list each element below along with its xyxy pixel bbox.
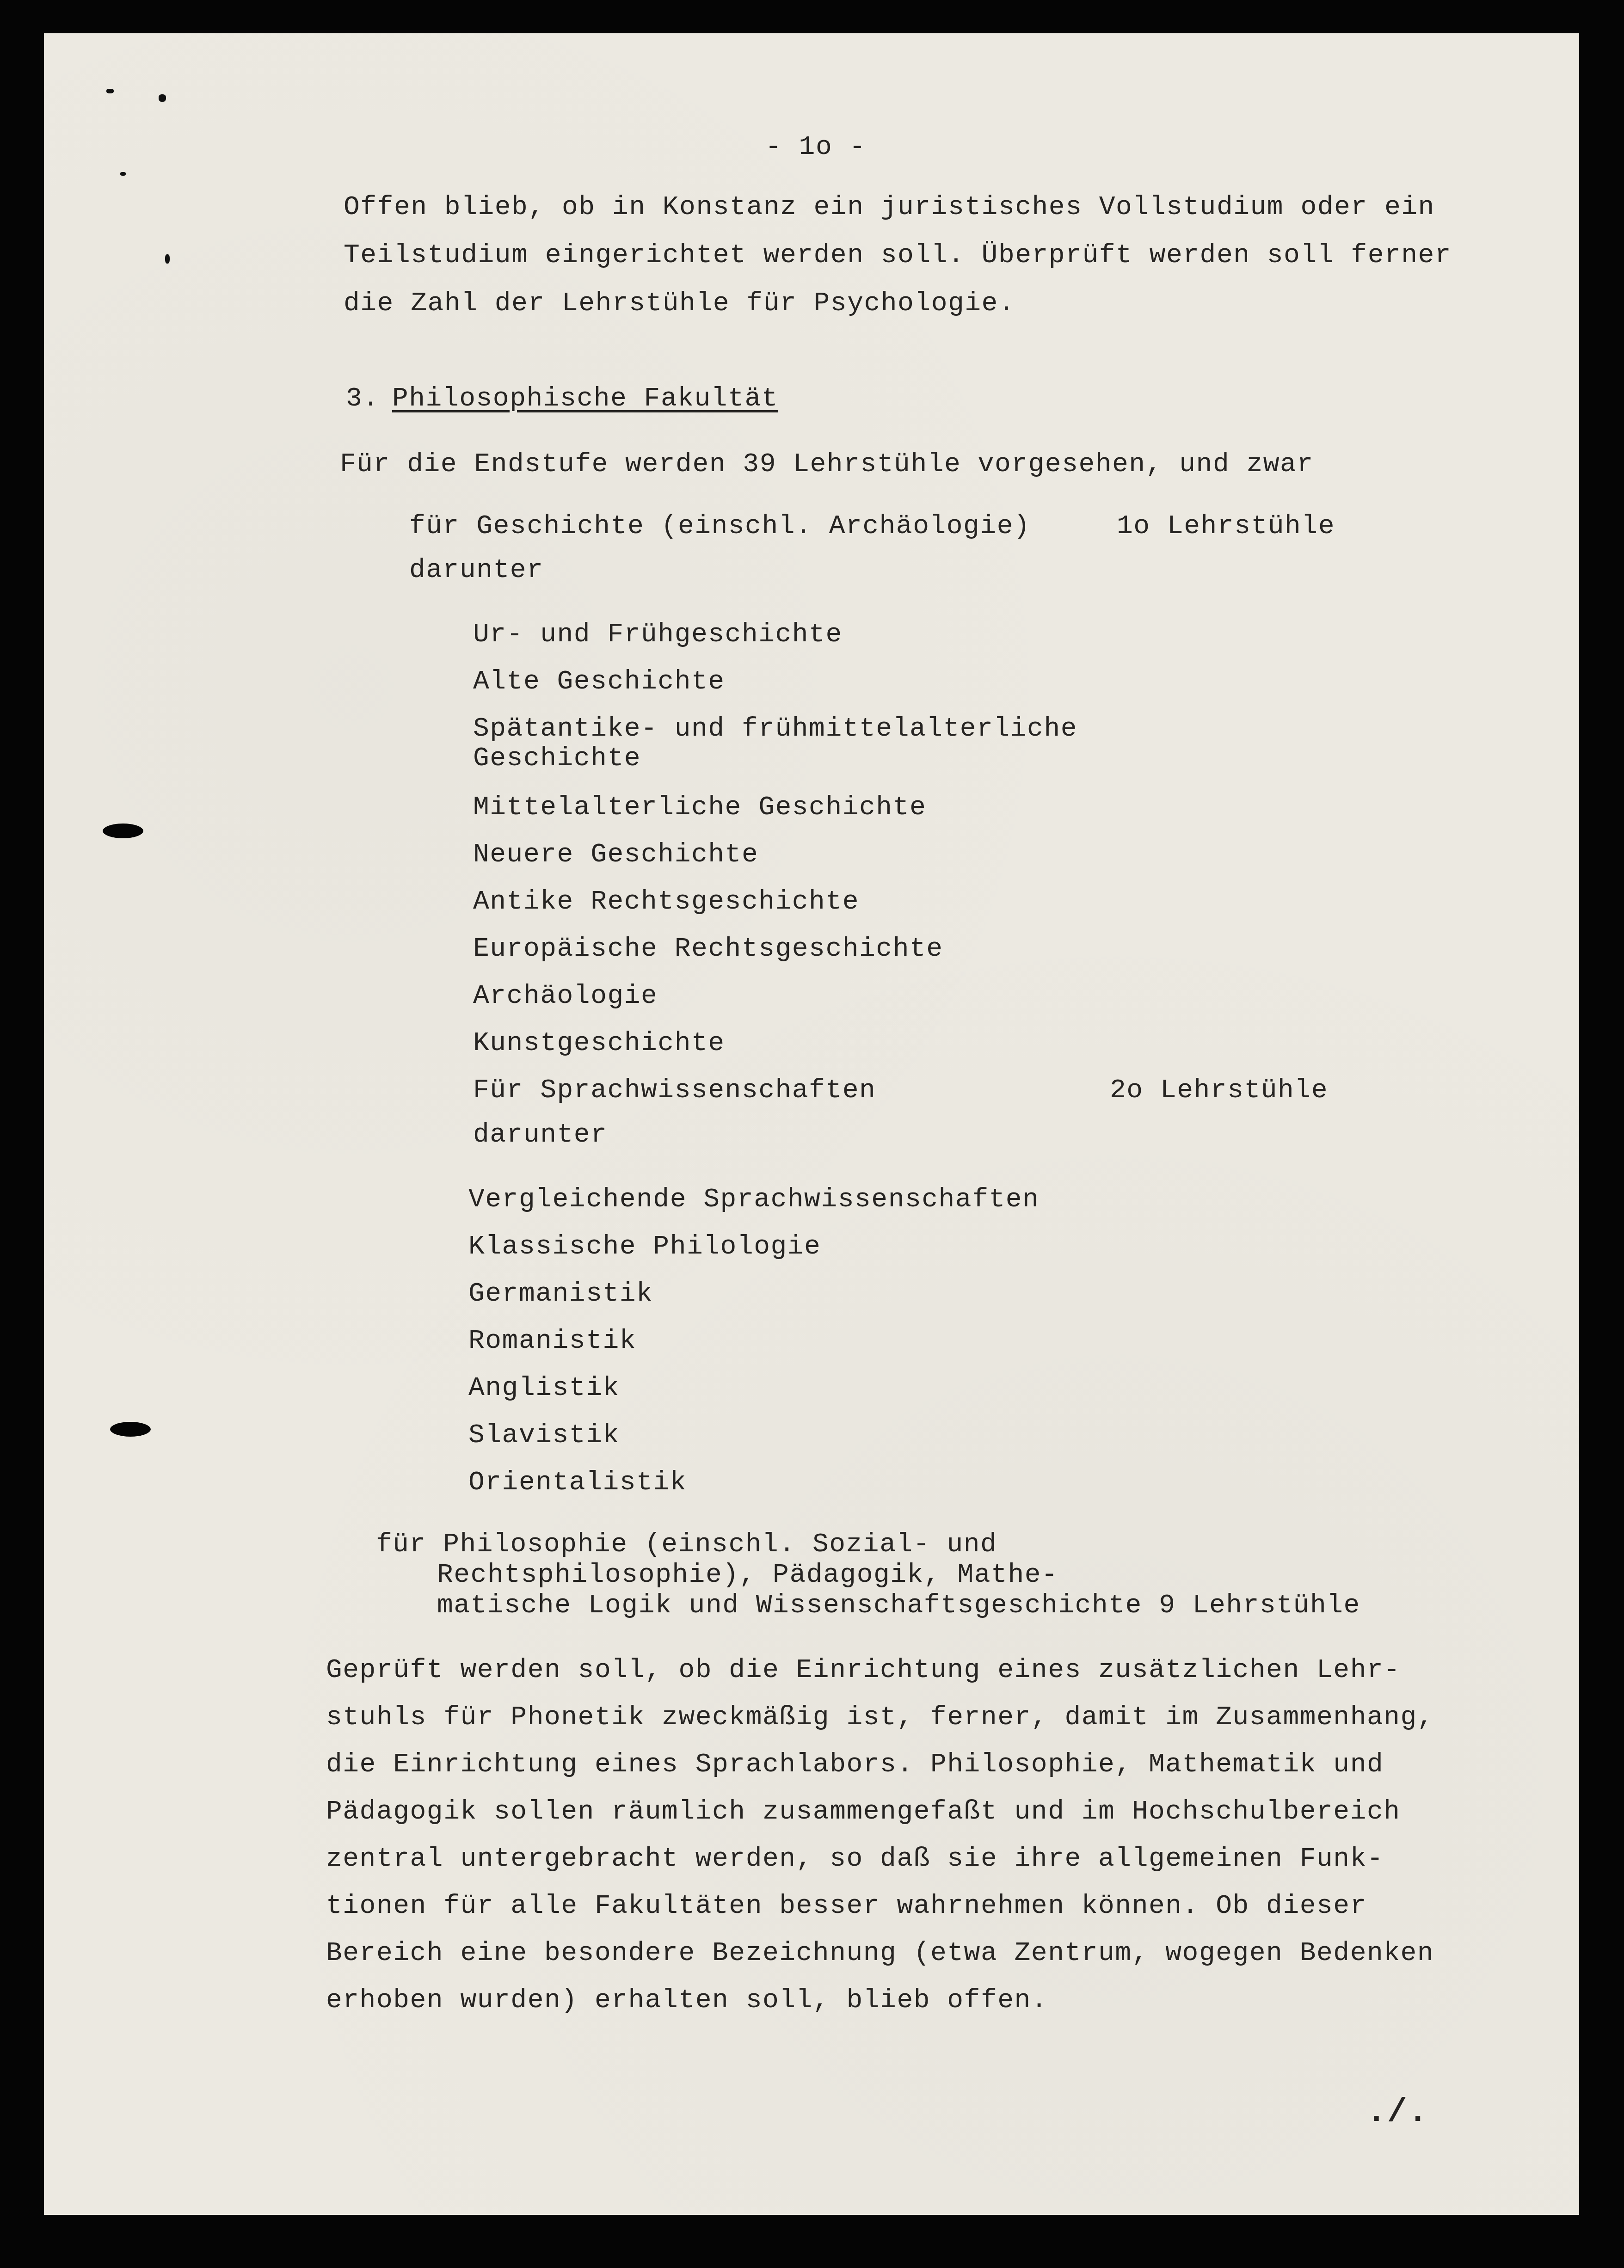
list-item: Alte Geschichte <box>473 669 725 695</box>
continuation-mark: ./. <box>1366 2096 1428 2129</box>
group-sublabel: darunter <box>473 1122 607 1149</box>
list-item: Romanistik <box>468 1328 636 1355</box>
list-item: Archäologie <box>473 983 658 1010</box>
list-item: Ur- und Frühgeschichte <box>473 621 843 648</box>
staple-mark <box>106 89 114 93</box>
document-page: - 1o - Offen blieb, ob in Konstanz ein j… <box>44 33 1579 2215</box>
list-item: Antike Rechtsgeschichte <box>473 889 859 916</box>
group-sublabel: darunter <box>409 557 543 584</box>
staple-mark <box>159 94 166 102</box>
group-label-sprachwissenschaften: Für Sprachwissenschaften <box>473 1077 876 1104</box>
list-item: Germanistik <box>468 1281 653 1308</box>
closing-line: Geprüft werden soll, ob die Einrichtung … <box>326 1657 1401 1684</box>
staple-mark <box>120 172 126 176</box>
staple-mark <box>165 254 170 264</box>
closing-line: tionen für alle Fakultäten besser wahrne… <box>326 1893 1367 1920</box>
group-count-sprachwissenschaften: 2o Lehrstühle <box>1110 1077 1328 1104</box>
list-item: Kunstgeschichte <box>473 1030 725 1057</box>
intro-line: Teilstudium eingerichtet werden soll. Üb… <box>344 242 1452 269</box>
intro-line: Offen blieb, ob in Konstanz ein juristis… <box>344 194 1435 221</box>
list-item: Vergleichende Sprachwissenschaften <box>468 1186 1039 1213</box>
section-title: Philosophische Fakultät <box>392 386 778 412</box>
section-intro: Für die Endstufe werden 39 Lehrstühle vo… <box>340 451 1314 478</box>
group-label-geschichte: für Geschichte (einschl. Archäologie) <box>409 513 1030 540</box>
group-count-geschichte: 1o Lehrstühle <box>1117 513 1335 540</box>
punch-hole <box>110 1422 151 1437</box>
list-item: Orientalistik <box>468 1469 687 1496</box>
closing-line: Bereich eine besondere Bezeichnung (etwa… <box>326 1940 1434 1967</box>
list-item: Klassische Philologie <box>468 1234 821 1260</box>
closing-line: zentral untergebracht werden, so daß sie… <box>326 1846 1384 1873</box>
intro-line: die Zahl der Lehrstühle für Psychologie. <box>344 290 1015 317</box>
group-philosophie-line: Rechtsphilosophie), Pädagogik, Mathe- <box>437 1562 1058 1589</box>
list-item: Slavistik <box>468 1422 620 1449</box>
list-item: Europäische Rechtsgeschichte <box>473 936 943 963</box>
section-number: 3. <box>346 386 380 412</box>
closing-line: stuhls für Phonetik zweckmäßig ist, fern… <box>326 1704 1434 1731</box>
closing-line: erhoben wurden) erhalten soll, blieb off… <box>326 1987 1048 2014</box>
punch-hole <box>103 824 143 838</box>
list-item: Mittelalterliche Geschichte <box>473 794 926 821</box>
closing-line: Pädagogik sollen räumlich zusammengefaßt… <box>326 1799 1401 1825</box>
list-item: Geschichte <box>473 745 641 772</box>
list-item: Anglistik <box>468 1375 620 1402</box>
page-number: - 1o - <box>765 134 866 161</box>
group-philosophie-line: matische Logik und Wissenschaftsgeschich… <box>437 1592 1360 1619</box>
closing-line: die Einrichtung eines Sprachlabors. Phil… <box>326 1752 1384 1778</box>
list-item: Spätantike- und frühmittelalterliche <box>473 716 1077 743</box>
group-philosophie-line: für Philosophie (einschl. Sozial- und <box>376 1531 997 1558</box>
list-item: Neuere Geschichte <box>473 842 758 868</box>
